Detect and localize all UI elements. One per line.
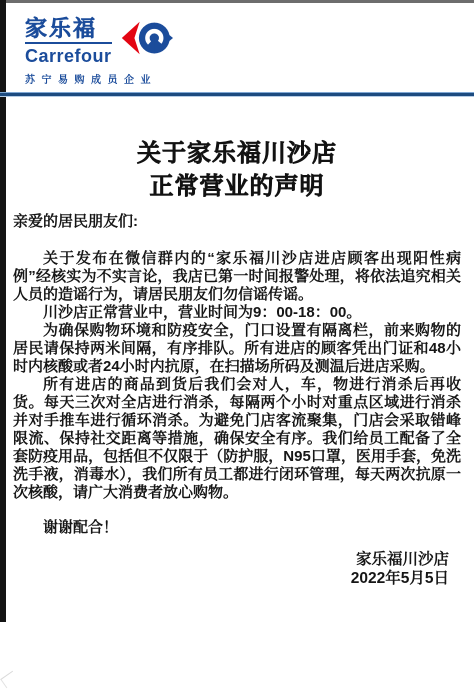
signature-store-name: 家乐福川沙店 [13, 550, 449, 569]
notice-title-line2: 正常营业的声明 [0, 170, 474, 203]
notice-paragraph-2: 川沙店正常营业中，营业时间为9：00-18：00。 [13, 304, 461, 322]
notice-paragraph-4: 所有进店的商品到货后我们会对人，车，物进行消杀后再收货。每天三次对全店进行消杀，… [13, 376, 461, 502]
closing-line: 谢谢配合！ [13, 519, 461, 537]
carrefour-logo: 家乐福 Carrefour 苏宁易购成员企业 [25, 17, 173, 86]
signature-date: 2022年5月5日 [13, 569, 449, 588]
notice-title-line1: 关于家乐福川沙店 [0, 137, 474, 170]
scan-border-top [0, 0, 474, 3]
notice-paragraph-1: 关于发布在微信群内的“家乐福川沙店进店顾客出现阳性病例”经核实为不实言论，我店已… [13, 250, 461, 304]
notice-page: 家乐福 Carrefour 苏宁易购成员企业 关于家乐福川沙店 正常营业的声明 … [0, 0, 474, 689]
signature-block: 家乐福川沙店 2022年5月5日 [13, 550, 461, 588]
notice-title: 关于家乐福川沙店 正常营业的声明 [0, 137, 474, 203]
logo-tagline: 苏宁易购成员企业 [25, 71, 173, 86]
logo-chinese-name: 家乐福 [25, 17, 112, 44]
notice-paragraph-3: 为确保购物环境和防疫安全，门口设置有隔离栏，前来购物的居民请保持两米间隔，有序排… [13, 322, 461, 376]
notice-body: 亲爱的居民朋友们: 关于发布在微信群内的“家乐福川沙店进店顾客出现阳性病例”经核… [0, 213, 474, 588]
header-divider [0, 92, 474, 97]
carrefour-emblem-icon [121, 18, 173, 63]
logo-wordmark: Carrefour [25, 46, 112, 66]
salutation: 亲爱的居民朋友们: [13, 213, 461, 231]
scan-artifact [0, 671, 19, 689]
